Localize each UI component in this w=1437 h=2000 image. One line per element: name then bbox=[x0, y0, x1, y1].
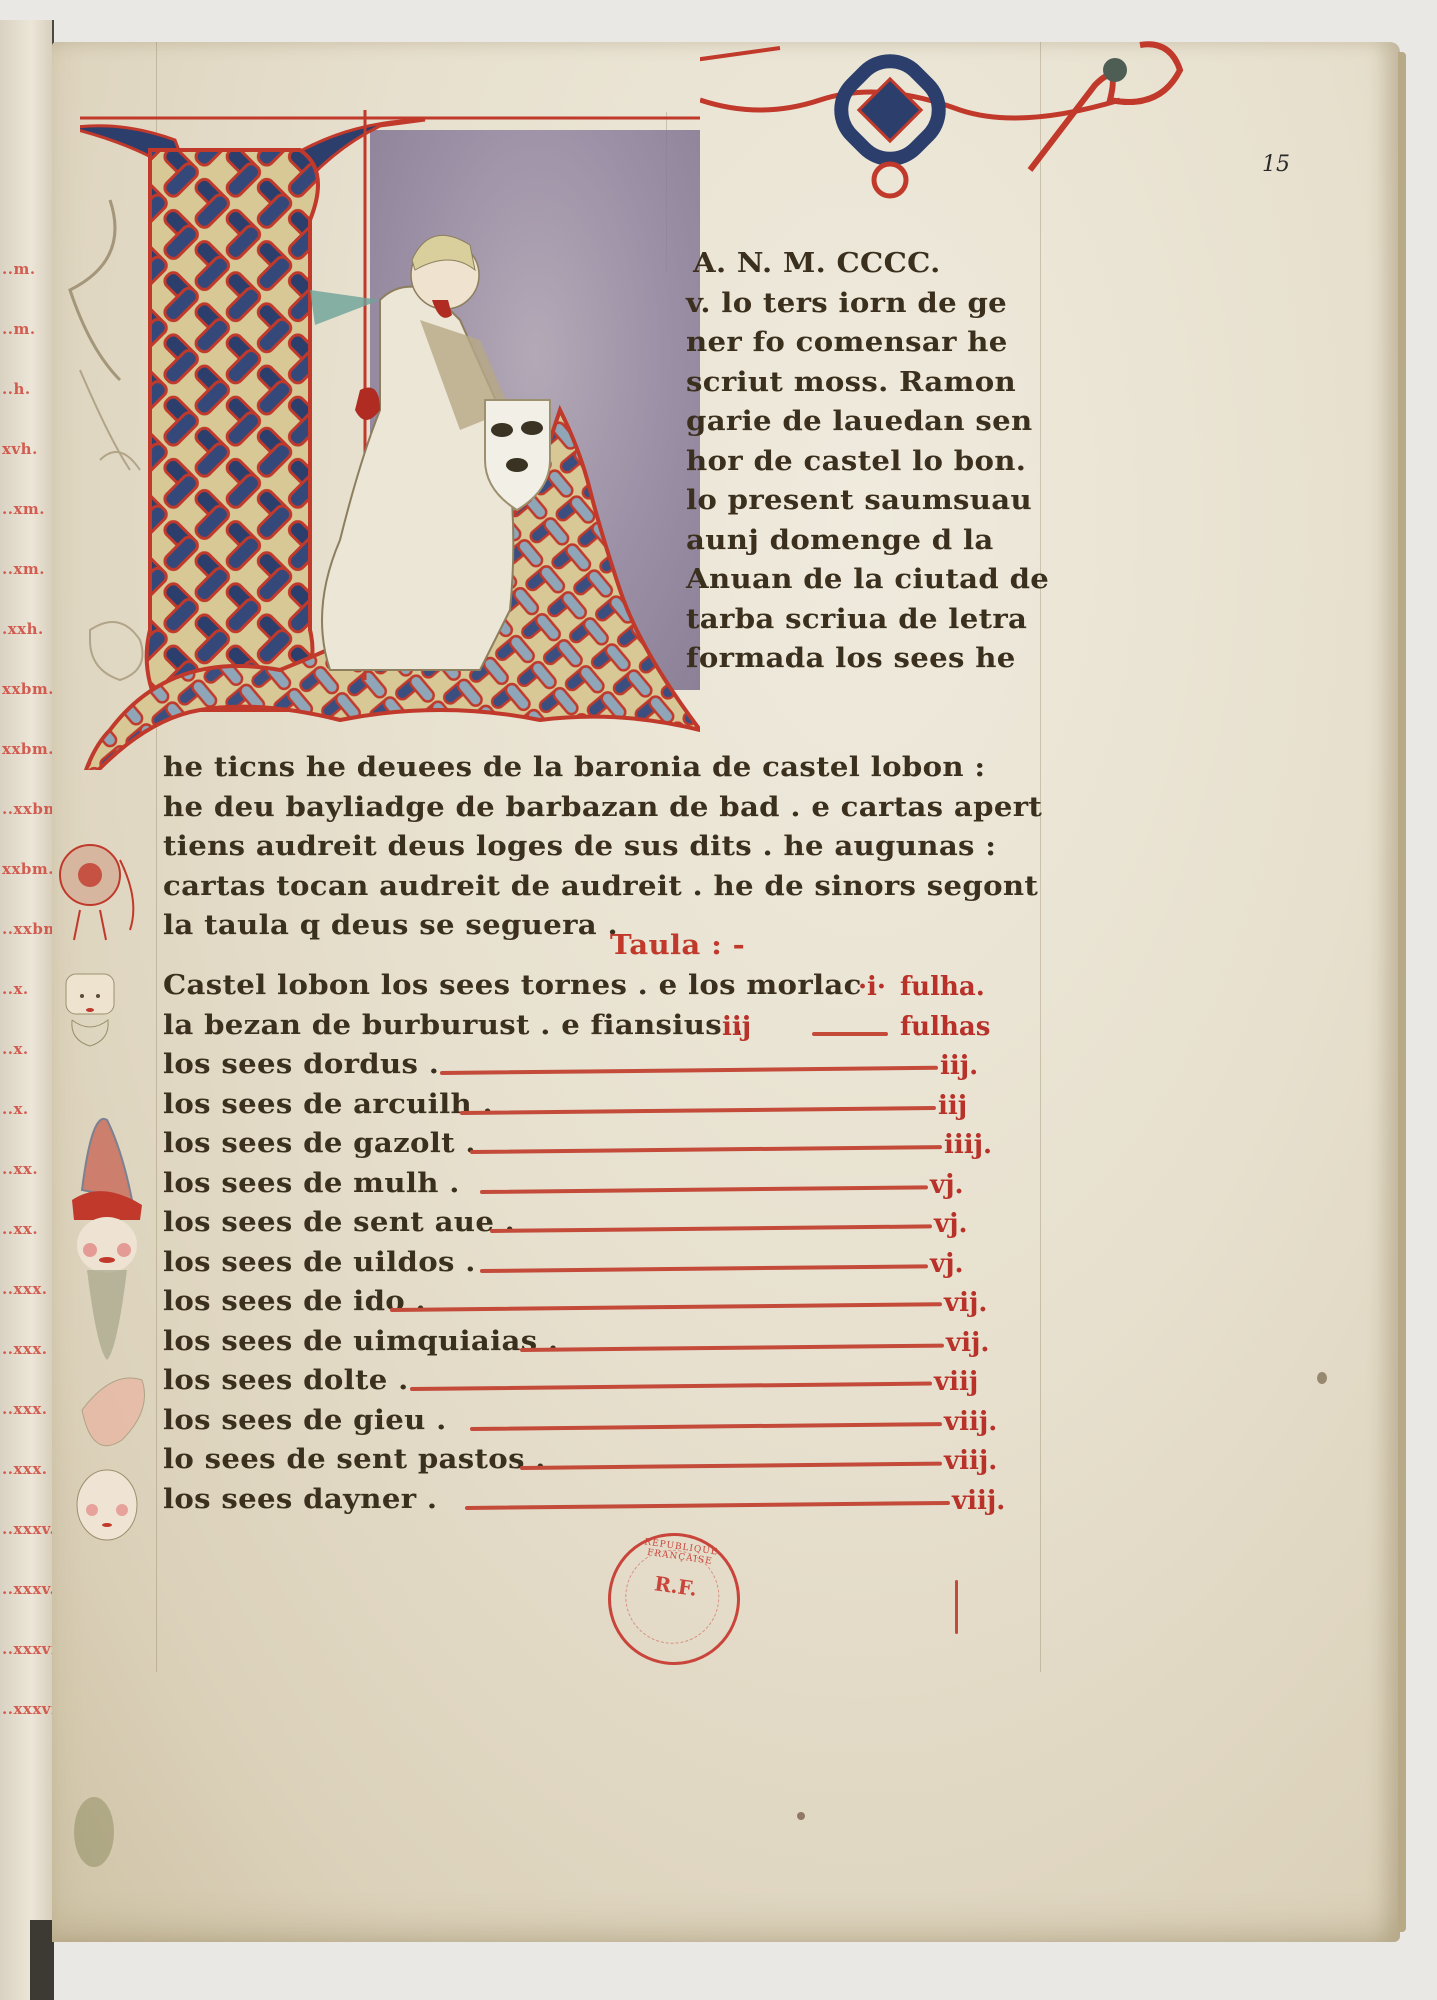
facing-rubric-note: xvh. bbox=[2, 440, 38, 458]
toc-entry-text: la bezan de burburust . e fiansius . bbox=[163, 1010, 743, 1041]
toc-folio-ref: fulha. bbox=[900, 972, 985, 1002]
toc-folio-ref: viij. bbox=[944, 1407, 997, 1437]
toc-entry-text: Castel lobon los sees tornes . e los mor… bbox=[163, 970, 862, 1001]
facing-rubric-note: xxbm. bbox=[2, 860, 54, 878]
facing-rubric-note: ..m. bbox=[2, 260, 36, 278]
facing-rubric-note: ..xm. bbox=[2, 500, 45, 518]
toc-folio-ref: viij. bbox=[944, 1446, 997, 1476]
facing-rubric-note: ..xxx. bbox=[2, 1340, 48, 1358]
toc-entry-text: los sees de arcuilh . bbox=[163, 1089, 493, 1120]
toc-entry-text: los sees dolte . bbox=[163, 1365, 409, 1396]
toc-folio-ref: vj. bbox=[934, 1209, 968, 1239]
toc-folio-ref: iiij. bbox=[944, 1130, 992, 1160]
stain bbox=[797, 1812, 805, 1820]
body-line: cartas tocan audreit de audreit . he de … bbox=[163, 871, 1038, 902]
heading-line: formada los sees he bbox=[686, 643, 1016, 674]
facing-rubric-note: ..m. bbox=[2, 320, 36, 338]
top-knot-ornament-icon bbox=[700, 40, 1200, 230]
facing-rubric-note: xxbm. bbox=[2, 740, 54, 758]
facing-rubric-note: ..x. bbox=[2, 1040, 29, 1058]
toc-entry-text: los sees de sent aue . bbox=[163, 1207, 515, 1238]
facing-rubric-note: ..xx. bbox=[2, 1160, 38, 1178]
heading-line: ner fo comensar he bbox=[686, 327, 1008, 358]
toc-folio-ref: vij. bbox=[944, 1288, 987, 1318]
ruling-line-right bbox=[1040, 42, 1041, 1672]
facing-rubric-note: ..xxx. bbox=[2, 1460, 48, 1478]
folio-edge bbox=[1398, 52, 1406, 1932]
toc-folio-ref: viij. bbox=[952, 1486, 1005, 1516]
toc-folio-ref: vij. bbox=[946, 1328, 989, 1358]
heading-line: A. N. M. CCCC. bbox=[693, 248, 941, 279]
heading-line: v. lo ters iorn de ge bbox=[686, 288, 1007, 319]
toc-entry-text: los sees de ido . bbox=[163, 1286, 426, 1317]
facing-rubric-note: .xxh. bbox=[2, 620, 44, 638]
toc-entry-text: los sees de mulh . bbox=[163, 1168, 460, 1199]
toc-numeral: iij bbox=[722, 1012, 751, 1042]
toc-entry-text: los sees dordus . bbox=[163, 1049, 439, 1080]
heading-line: Anuan de la ciutad de bbox=[686, 564, 1049, 595]
facing-page-edge: ..m...m...h.xvh...xm...xm..xxh.xxbm.xxbm… bbox=[0, 20, 54, 2000]
taula-rubric: Taula : - bbox=[610, 930, 745, 961]
heading-line: hor de castel lo bon. bbox=[686, 446, 1026, 477]
heading-line: aunj domenge d la bbox=[686, 525, 994, 556]
facing-rubric-note: ..x. bbox=[2, 980, 29, 998]
stain bbox=[74, 1797, 114, 1867]
margin-grotesque-heads-icon bbox=[52, 1110, 172, 1610]
toc-entry-text: los sees de gieu . bbox=[163, 1405, 447, 1436]
folio-number: 15 bbox=[1262, 152, 1290, 177]
toc-folio-ref: vj. bbox=[930, 1170, 964, 1200]
toc-numeral: ·i· bbox=[858, 972, 886, 1002]
toc-leader-rule bbox=[812, 1032, 888, 1036]
facing-rubric-note: ..xxx. bbox=[2, 1400, 48, 1418]
facing-rubric-note: ..x. bbox=[2, 1100, 29, 1118]
toc-folio-ref: vj. bbox=[930, 1249, 964, 1279]
body-line: tiens audreit deus loges de sus dits . h… bbox=[163, 831, 996, 862]
body-line: he deu bayliadge de barbazan de bad . e … bbox=[163, 792, 1042, 823]
margin-drawings-icon bbox=[50, 140, 180, 1140]
toc-folio-ref: iij. bbox=[940, 1051, 978, 1081]
heading-line: tarba scriua de letra bbox=[686, 604, 1027, 635]
toc-entry-text: los sees de gazolt . bbox=[163, 1128, 476, 1159]
toc-entry-text: los sees dayner . bbox=[163, 1484, 437, 1515]
heading-line: lo present saumsuau bbox=[686, 485, 1032, 516]
body-line: la taula q deus se seguera . bbox=[163, 910, 618, 941]
facing-rubric-note: xxbm. bbox=[2, 680, 54, 698]
facing-rubric-note: ..xxxv. bbox=[2, 1520, 55, 1538]
body-line: he ticns he deuees de la baronia de cast… bbox=[163, 752, 985, 783]
heading-line: garie de lauedan sen bbox=[686, 406, 1033, 437]
toc-entry-text: lo sees de sent pastos . bbox=[163, 1444, 546, 1475]
facing-rubric-note: ..h. bbox=[2, 380, 31, 398]
heading-line: scriut moss. Ramon bbox=[686, 367, 1016, 398]
toc-entry-text: los sees de uimquiaias . bbox=[163, 1326, 558, 1357]
toc-folio-ref: viij bbox=[934, 1367, 978, 1397]
facing-rubric-note: ..xm. bbox=[2, 560, 45, 578]
stain bbox=[1317, 1372, 1327, 1384]
toc-entry-text: los sees de uildos . bbox=[163, 1247, 476, 1278]
facing-rubric-note: ..xxx. bbox=[2, 1280, 48, 1298]
rule-tail-flourish bbox=[955, 1580, 958, 1634]
facing-rubric-note: ..xx. bbox=[2, 1220, 38, 1238]
book-spine bbox=[30, 1920, 54, 2000]
facing-rubric-note: ..xxxv. bbox=[2, 1580, 55, 1598]
toc-folio-ref: iij bbox=[938, 1091, 967, 1121]
toc-folio-ref: fulhas bbox=[900, 1012, 990, 1042]
